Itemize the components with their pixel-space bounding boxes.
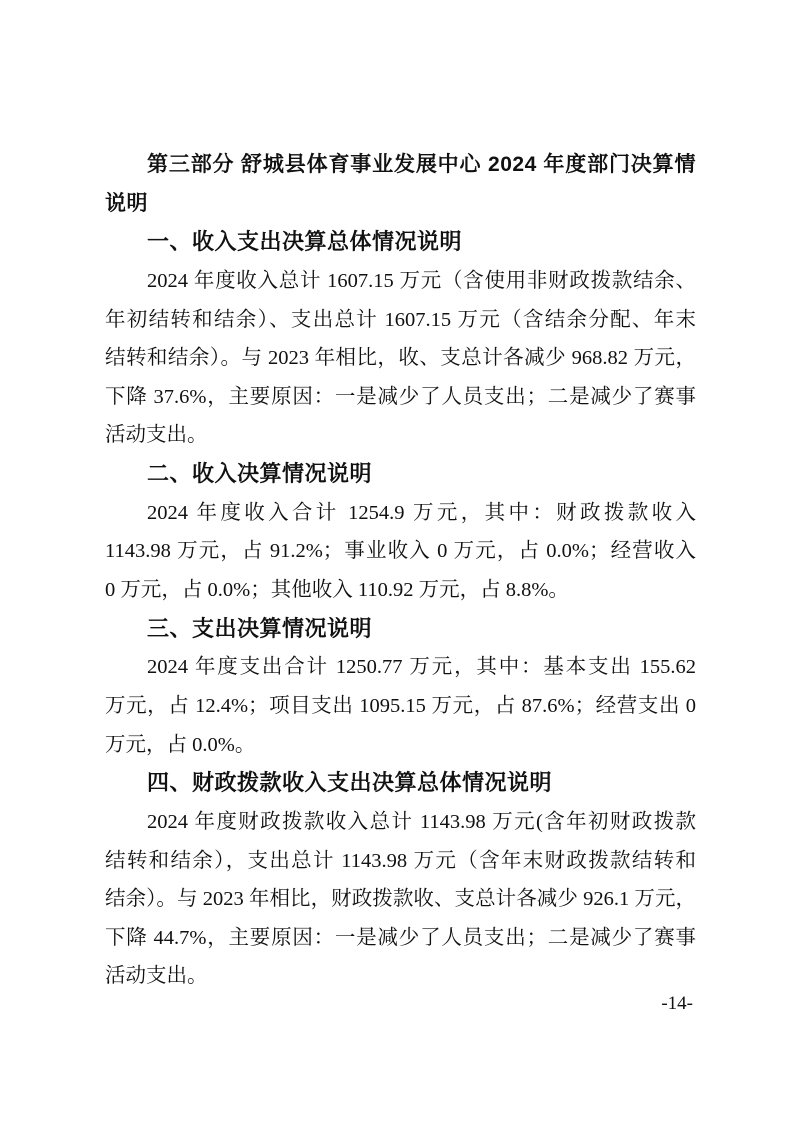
heading-block: 四、财政拨款收入支出决算总体情况说明 [105, 764, 696, 803]
title-line: 第三部分 舒城县体育事业发展中心 2024 年度部门决算情况 [105, 146, 696, 185]
heading-block: 二、收入决算情况说明 [105, 455, 696, 494]
heading-block: 三、支出决算情况说明 [105, 610, 696, 649]
page-number: -14- [661, 992, 693, 1016]
body-block: 2024 年度收入总计 1607.15 万元（含使用非财政拨款结余、年初结转和结… [105, 262, 696, 455]
body-line: 结余）。与 2023 年相比，财政拨款收、支总计各减少 926.1 万元， [105, 880, 696, 919]
body-line: 0 万元，占 0.0%；其他收入 110.92 万元，占 8.8%。 [105, 571, 696, 610]
body-line: 活动支出。 [105, 416, 696, 455]
body-line: 结转和结余）。与 2023 年相比，收、支总计各减少 968.82 万元， [105, 339, 696, 378]
body-line: 万元，占 12.4%；项目支出 1095.15 万元，占 87.6%；经营支出 … [105, 687, 696, 726]
document-content: 第三部分 舒城县体育事业发展中心 2024 年度部门决算情况说明一、收入支出决算… [105, 146, 696, 996]
body-line: 2024 年度财政拨款收入总计 1143.98 万元(含年初财政拨款 [105, 803, 696, 842]
body-line: 下降 44.7%，主要原因：一是减少了人员支出；二是减少了赛事 [105, 919, 696, 958]
section-heading: 四、财政拨款收入支出决算总体情况说明 [105, 764, 696, 803]
body-line: 下降 37.6%，主要原因：一是减少了人员支出；二是减少了赛事 [105, 378, 696, 417]
body-line: 2024 年度支出合计 1250.77 万元，其中：基本支出 155.62 [105, 648, 696, 687]
heading-block: 一、收入支出决算总体情况说明 [105, 223, 696, 262]
title-line: 说明 [105, 185, 696, 224]
body-line: 2024 年度收入总计 1607.15 万元（含使用非财政拨款结余、 [105, 262, 696, 301]
body-line: 万元，占 0.0%。 [105, 726, 696, 765]
section-heading: 三、支出决算情况说明 [105, 610, 696, 649]
body-line: 1143.98 万元，占 91.2%；事业收入 0 万元，占 0.0%；经营收入 [105, 532, 696, 571]
body-line: 年初结转和结余）、支出总计 1607.15 万元（含结余分配、年末 [105, 301, 696, 340]
section-heading: 一、收入支出决算总体情况说明 [105, 223, 696, 262]
body-line: 结转和结余），支出总计 1143.98 万元（含年末财政拨款结转和 [105, 842, 696, 881]
body-line: 2024 年度收入合计 1254.9 万元，其中：财政拨款收入 [105, 494, 696, 533]
document-page: 第三部分 舒城县体育事业发展中心 2024 年度部门决算情况说明一、收入支出决算… [0, 0, 793, 1122]
body-block: 2024 年度财政拨款收入总计 1143.98 万元(含年初财政拨款结转和结余）… [105, 803, 696, 996]
body-block: 2024 年度收入合计 1254.9 万元，其中：财政拨款收入1143.98 万… [105, 494, 696, 610]
section-heading: 二、收入决算情况说明 [105, 455, 696, 494]
body-line: 活动支出。 [105, 957, 696, 996]
title-block: 第三部分 舒城县体育事业发展中心 2024 年度部门决算情况说明 [105, 146, 696, 223]
body-block: 2024 年度支出合计 1250.77 万元，其中：基本支出 155.62万元，… [105, 648, 696, 764]
